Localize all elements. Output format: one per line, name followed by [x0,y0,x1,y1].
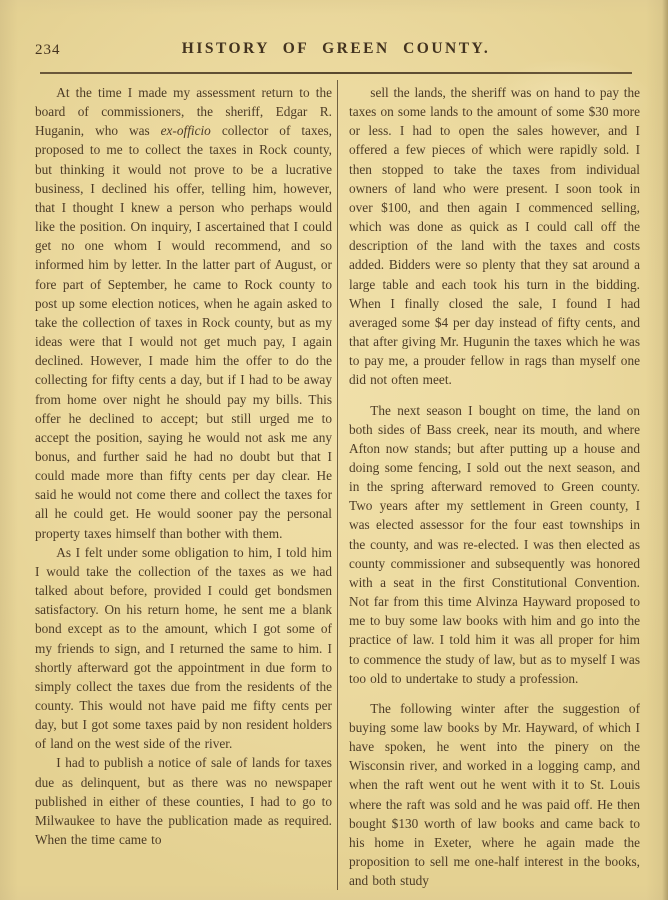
header-rule [40,72,632,74]
text-segment: sell the lands, the sheriff was on hand … [349,85,640,387]
text-segment: I had to publish a notice of sale of lan… [35,755,332,847]
column-divider [337,80,338,890]
text-segment: collector of taxes, proposed to me to co… [35,123,332,540]
right-column: sell the lands, the sheriff was on hand … [349,83,640,895]
paragraph: At the time I made my assessment return … [35,83,332,543]
left-column: At the time I made my assessment return … [35,83,332,895]
paragraph: The following winter after the suggestio… [349,699,640,891]
paragraph: As I felt under some obligation to him, … [35,543,332,754]
paragraph: sell the lands, the sheriff was on hand … [349,83,640,390]
text-segment-italic: ex-officio [161,123,211,138]
text-segment: The next season I bought on time, the la… [349,403,640,686]
text-segment: The following winter after the suggestio… [349,701,640,888]
page-header-title: HISTORY OF GREEN COUNTY. [40,40,632,58]
book-page: 234 HISTORY OF GREEN COUNTY. At the time… [0,0,668,900]
paragraph: I had to publish a notice of sale of lan… [35,753,332,849]
paragraph: The next season I bought on time, the la… [349,401,640,688]
text-segment: As I felt under some obligation to him, … [35,545,332,752]
